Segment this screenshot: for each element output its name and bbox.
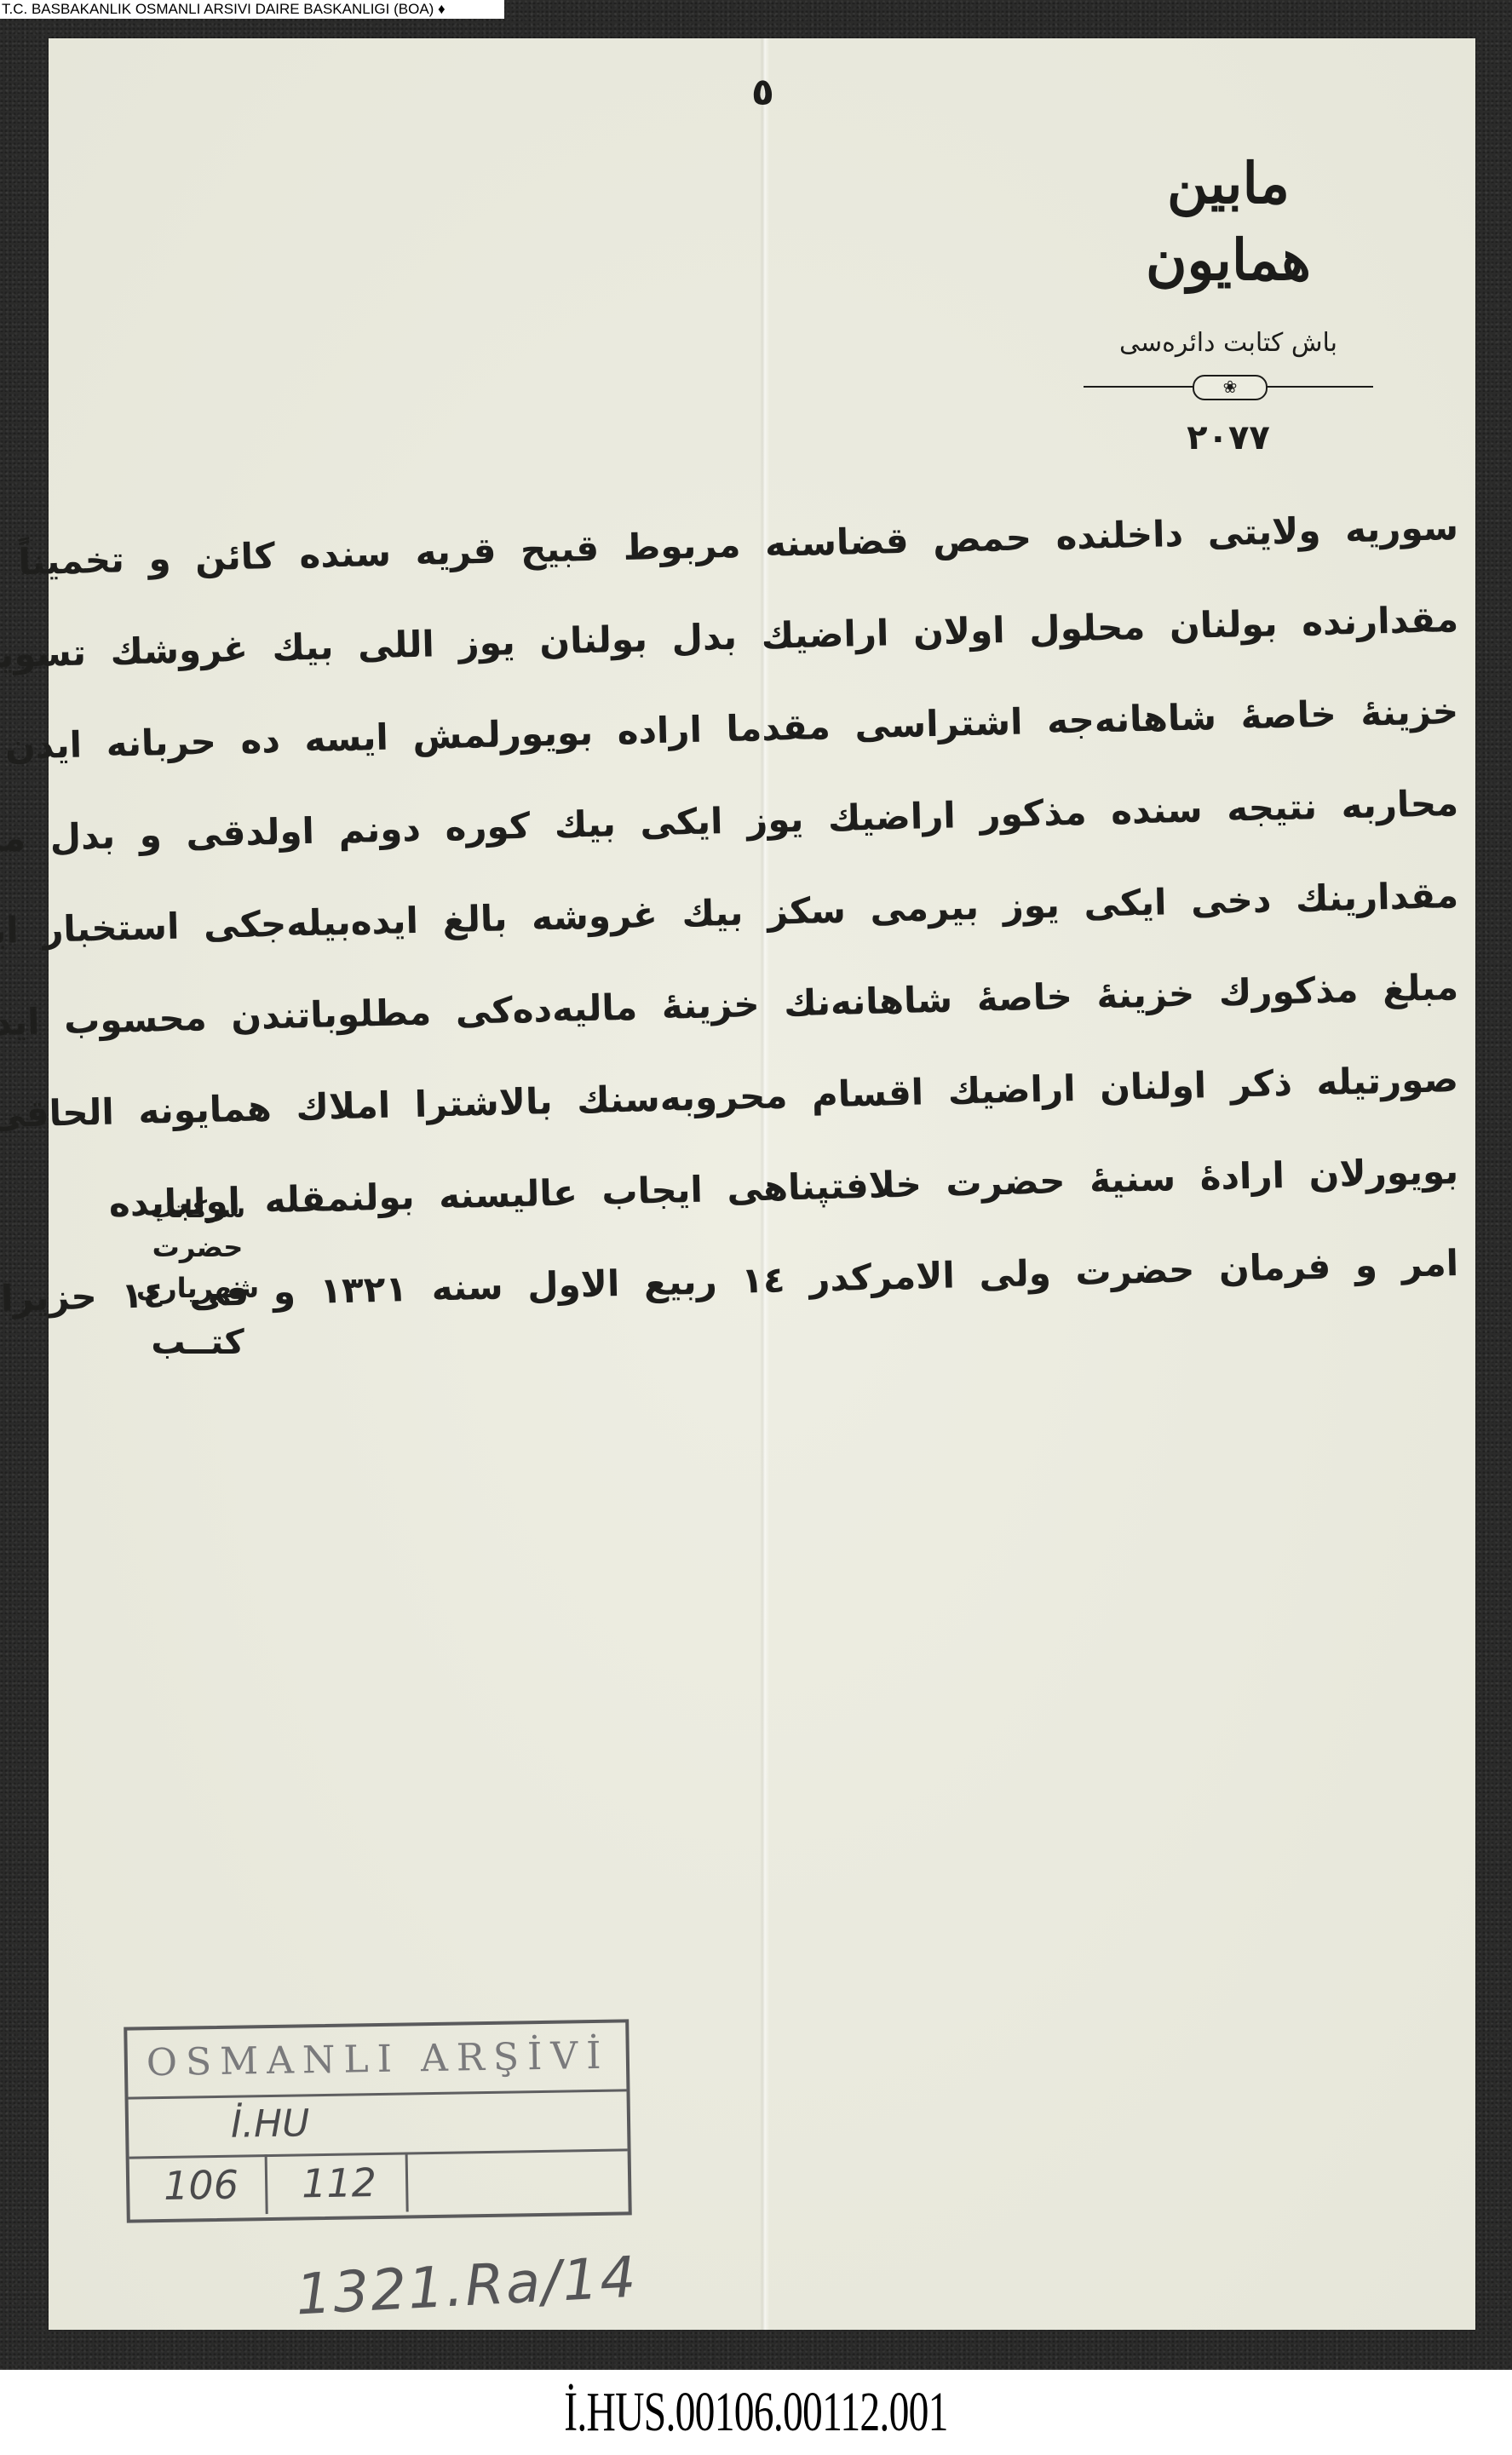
- letterhead: مابين همايون باش کتابت دائره‌سی ❀ ٢٠٧٧: [1084, 145, 1373, 463]
- stamp-fond-row: İ.HU: [129, 2089, 628, 2159]
- signature-block: سرکاتب حضرت شهریاری کتــب: [125, 1193, 270, 1368]
- stamp-header-row: OSMANLI ARŞİVİ: [127, 2022, 626, 2099]
- stamp-dossier-number: 106: [129, 2154, 268, 2216]
- stamp-fond-code: İ.HU: [129, 2089, 628, 2156]
- signature-title: سرکاتب: [125, 1193, 270, 1227]
- letterhead-ornament: ❀: [1084, 370, 1373, 404]
- letterhead-title: مابين همايون: [1084, 145, 1373, 298]
- document-number: ٢٠٧٧: [1084, 412, 1373, 463]
- archive-banner: T.C. BASBAKANLIK OSMANLI ARSIVI DAIRE BA…: [0, 0, 504, 19]
- signature-name: حضرت شهریاری: [125, 1227, 270, 1308]
- letterhead-subtitle: باش کتابت دائره‌سی: [1084, 322, 1373, 365]
- letter-body: سوریه ولایتی داخلنده حمص قضاسنه مربوط قب…: [66, 481, 1458, 1309]
- pencil-date-annotation: 1321.Ra/14: [294, 2245, 639, 2328]
- archive-stamp: OSMANLI ARŞİVİ İ.HU 106 112: [124, 2019, 632, 2222]
- document-reference-caption: İ.HUS.00106.00112.001: [212, 2370, 1301, 2455]
- signature-mark: کتــب: [125, 1317, 270, 1368]
- page-number-mark: ٥: [751, 71, 774, 114]
- stamp-shirt-number: 112: [267, 2152, 409, 2214]
- ornament-flower-icon: ❀: [1193, 375, 1268, 400]
- stamp-header: OSMANLI ARŞİVİ: [127, 2022, 626, 2096]
- stamp-number-row: 106 112: [129, 2148, 629, 2216]
- stamp-empty-cell: [408, 2148, 629, 2211]
- document-page: ٥ مابين همايون باش کتابت دائره‌سی ❀ ٢٠٧٧…: [49, 38, 1475, 2330]
